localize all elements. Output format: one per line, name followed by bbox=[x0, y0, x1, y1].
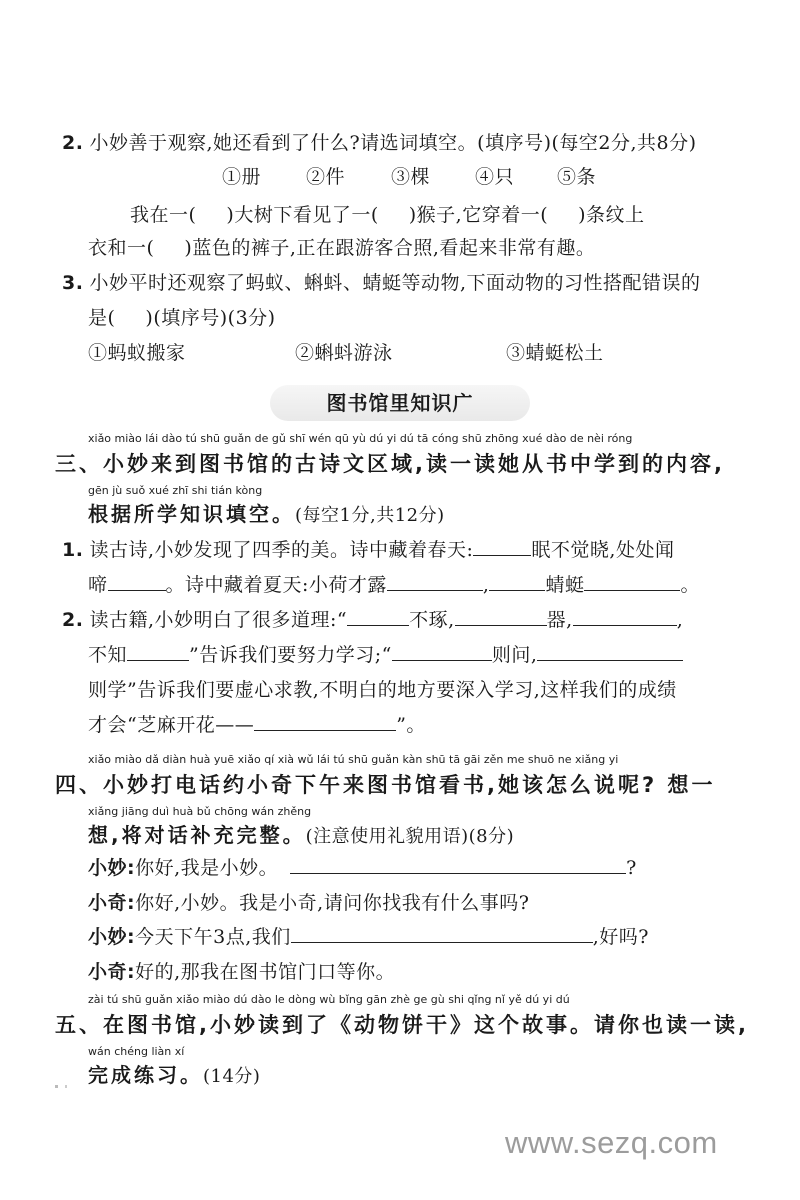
s3-q1-blank-4[interactable] bbox=[489, 572, 545, 591]
s3-q2-blank-7[interactable] bbox=[254, 712, 396, 731]
dialog-line-1: 小妙:你好,我是小妙。? bbox=[88, 853, 637, 880]
s3-q1-blank-3[interactable] bbox=[387, 572, 483, 591]
q2-sentence-line2: 衣和一()蓝色的裤子,正在跟游客合照,看起来非常有趣。 bbox=[88, 233, 595, 260]
s3-score: (每空1分,共12分) bbox=[295, 505, 445, 526]
dialog-answer-blank-2[interactable] bbox=[291, 924, 593, 943]
dialog-speaker: 小奇: bbox=[88, 961, 135, 983]
s3-q2-line2: 不知”告诉我们要努力学习;“则问, bbox=[88, 640, 683, 667]
dialog-line-4: 小奇:好的,那我在图书馆门口等你。 bbox=[88, 957, 395, 984]
q2-sentence-line1: 我在一()大树下看见了一()猴子,它穿着一()条纹上 bbox=[130, 200, 645, 227]
s3-q1-blank-1[interactable] bbox=[473, 537, 531, 556]
s3-pinyin-line2: gēn jù suǒ xué zhī shi tián kòng bbox=[88, 484, 262, 497]
s5-score: (14分) bbox=[203, 1066, 260, 1087]
s3-q2-blank-2[interactable] bbox=[455, 607, 547, 626]
watermark: www.sezq.com bbox=[505, 1125, 718, 1161]
dialog-speaker: 小妙: bbox=[88, 857, 135, 879]
q3-option: ①蚂蚁搬家 bbox=[88, 338, 295, 365]
q3-prompt: 3.小妙平时还观察了蚂蚁、蝌蚪、蜻蜓等动物,下面动物的习性搭配错误的 bbox=[62, 268, 701, 295]
dialog-line-3: 小妙:今天下午3点,我们,好吗? bbox=[88, 922, 649, 949]
q2-option: ②件 bbox=[306, 162, 391, 189]
q2-number: 2. bbox=[62, 132, 83, 154]
q2-option: ③棵 bbox=[391, 162, 475, 189]
s3-q2-blank-3[interactable] bbox=[573, 607, 677, 626]
s3-q2-blank-6[interactable] bbox=[537, 642, 683, 661]
s3-q1-line2: 啼。诗中藏着夏天:小荷才露,蜻蜓。 bbox=[88, 570, 700, 597]
s4-pinyin-line2: xiǎng jiāng duì huà bǔ chōng wán zhěng bbox=[88, 805, 311, 818]
q2-option: ⑤条 bbox=[557, 162, 596, 189]
q2-option: ④只 bbox=[475, 162, 557, 189]
dialog-line-2: 小奇:你好,小妙。我是小奇,请问你找我有什么事吗? bbox=[88, 888, 529, 915]
s3-q2-blank-4[interactable] bbox=[127, 642, 189, 661]
s4-title-line1: 四、小妙打电话约小奇下午来图书馆看书,她该怎么说呢? 想一 bbox=[55, 769, 715, 799]
s4-score: (注意使用礼貌用语)(8分) bbox=[306, 826, 515, 847]
q3-option: ②蝌蚪游泳 bbox=[295, 338, 506, 365]
s3-q2-blank-1[interactable] bbox=[347, 607, 409, 626]
s3-title-line2: 根据所学知识填空。(每空1分,共12分) bbox=[88, 498, 445, 527]
q2-options: ①册②件③棵④只⑤条 bbox=[222, 162, 596, 189]
s3-q2-line3: 则学”告诉我们要虚心求教,不明白的地方要深入学习,这样我们的成绩 bbox=[88, 675, 677, 702]
section-heading: 图书馆里知识广 bbox=[327, 391, 474, 415]
s3-q2-blank-5[interactable] bbox=[392, 642, 492, 661]
s5-title-line2: 完成练习。(14分) bbox=[88, 1059, 260, 1088]
s3-pinyin-line1: xiǎo miào lái dào tú shū guǎn de gǔ shī … bbox=[88, 432, 632, 445]
s5-pinyin-line1: zài tú shū guǎn xiǎo miào dú dào le dòng… bbox=[88, 993, 570, 1006]
s3-q1-blank-5[interactable] bbox=[584, 572, 680, 591]
q2-option: ①册 bbox=[222, 162, 306, 189]
s3-q1-line1: 1.读古诗,小妙发现了四季的美。诗中藏着春天:眠不觉晓,处处闻 bbox=[62, 535, 674, 562]
scan-speck bbox=[55, 1085, 58, 1088]
s3-q1-blank-2[interactable] bbox=[108, 572, 166, 591]
q3-number: 3. bbox=[62, 272, 83, 294]
q3-answer-line: 是()(填序号)(3分) bbox=[88, 303, 276, 330]
dialog-speaker: 小妙: bbox=[88, 926, 135, 948]
q2-prompt: 2.小妙善于观察,她还看到了什么?请选词填空。(填序号)(每空2分,共8分) bbox=[62, 128, 697, 155]
s4-title-line2: 想,将对话补充完整。(注意使用礼貌用语)(8分) bbox=[88, 819, 514, 848]
s5-title-line1: 五、在图书馆,小妙读到了《动物饼干》这个故事。请你也读一读, bbox=[55, 1009, 749, 1039]
q3-options: ①蚂蚁搬家②蝌蚪游泳③蜻蜓松土 bbox=[88, 338, 604, 365]
s5-pinyin-line2: wán chéng liàn xí bbox=[88, 1045, 184, 1058]
s4-pinyin-line1: xiǎo miào dǎ diàn huà yuē xiǎo qí xià wǔ… bbox=[88, 753, 618, 766]
dialog-speaker: 小奇: bbox=[88, 892, 135, 914]
section-heading-pill: 图书馆里知识广 bbox=[270, 385, 530, 421]
s3-q2-line4: 才会“芝麻开花——”。 bbox=[88, 710, 426, 737]
q3-option: ③蜻蜓松土 bbox=[506, 338, 604, 365]
scan-speck bbox=[65, 1085, 67, 1088]
s3-q2-line1: 2.读古籍,小妙明白了很多道理:“不琢,器,, bbox=[62, 605, 683, 632]
s3-title-line1: 三、小妙来到图书馆的古诗文区域,读一读她从书中学到的内容, bbox=[55, 448, 725, 478]
dialog-answer-blank-1[interactable] bbox=[290, 855, 626, 874]
